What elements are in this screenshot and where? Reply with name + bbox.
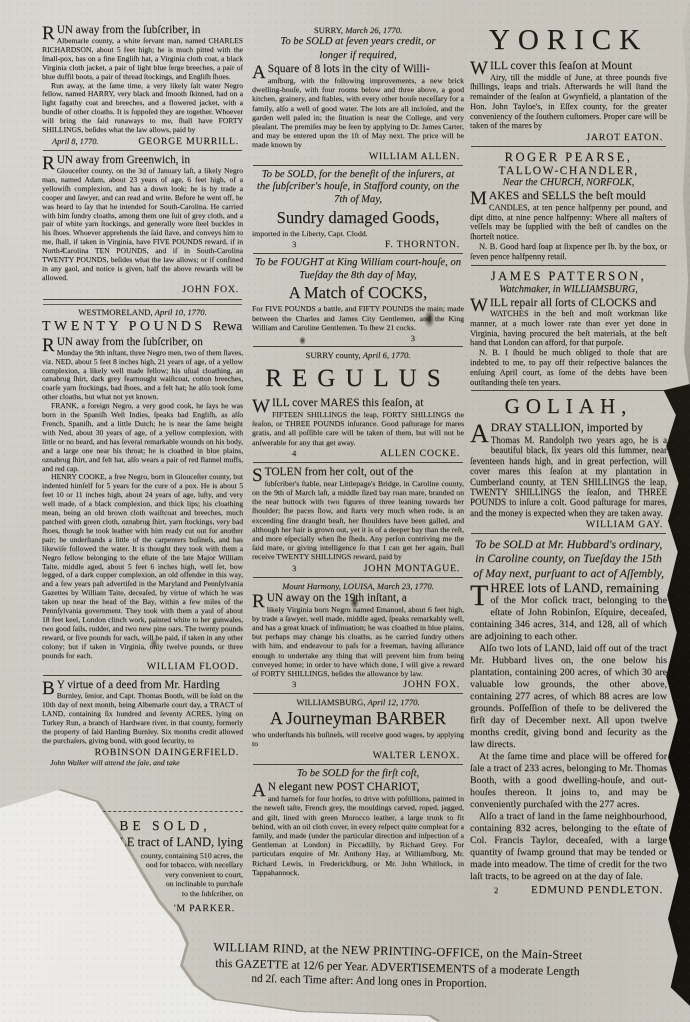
ad-lead: Square of 8 lots in the city of Willi- [268,63,430,75]
ad-paragraph: Burnley, ſenior, and Capt. Thomas Booth,… [42,692,243,745]
ad-headline: longer if required, [255,50,461,63]
ad-paragraph: of the Mor coſick tract, belonging to th… [470,595,667,643]
ad-opening-line: WILL cover MARES this ſeaſon, at [252,397,464,410]
ad-headline-large: Sundry damaged Goods, [252,208,464,228]
drop-cap: A [252,781,268,801]
ad-runaway-adam: RUN away from Greenwich, in Glouceſter c… [42,154,243,295]
drop-cap: W [470,59,490,79]
ad-stallion-regulus: SURRY county, April 6, 1770. REGULUS WIL… [252,350,464,459]
ad-signature: JOHN MONTAGUE. [364,563,460,574]
ad-stallion-yorick: YORICK WILL cover this ſeaſon at Mount A… [470,24,667,143]
ad-divider-rule [253,346,463,347]
ad-paragraph: who underſtands his buſineſs, will recei… [252,730,464,748]
ad-signature: JOHN FOX. [403,679,460,690]
ad-paragraph: FIFTEEN SHILLINGS the leap, FORTY SHILLI… [252,410,464,447]
ad-signature-row: WILLIAM FLOOD. [52,661,239,672]
ad-paragraph: Thomas M. Randolph two years ago, he is … [470,435,667,518]
ad-runaway-emanuel: Mount Harmony, LOUISA, March 23, 1770. R… [252,581,464,691]
ad-nota-bene: N. B. Good hard ſoap at ſixpence per lb.… [470,242,667,262]
ad-lead: UN away from the ſubſcriber, in [57,24,201,36]
ad-headline-large: REGULUS [252,365,464,393]
ad-signature-row: ROBINSON DAINGERFIELD. [52,747,239,758]
ink-blotch [60,246,66,254]
drop-cap: R [42,154,57,174]
ad-divider-rule [43,299,242,305]
ink-blotch [299,336,306,345]
ad-paragraph: HENRY COOKE, a free Negro, born in Glouc… [42,473,243,660]
ad-opening-line: RUN away from the ſubſcriber, on [42,336,243,349]
ad-paragraph: and harneſs for four horſes, to drive wi… [252,794,464,877]
ad-date: April 8, 1770. [52,137,99,146]
ad-note: John Walker will attend the ſale, and ta… [42,758,243,767]
drop-cap: W [252,397,272,417]
ad-signature: GEORGE MURRILL. [138,136,239,147]
dateline-place: WESTMORELAND, [78,307,152,317]
ad-lead: ILL cover this ſeaſon at Mount [490,59,632,72]
ad-paragraph: amſburg, with the following improvements… [252,76,464,150]
dateline-date: April 10, 1770. [155,307,207,317]
drop-cap: R [252,592,267,612]
ad-opening-line: AN elegant new POST CHARIOT, [252,781,464,794]
ad-tallow-chandler-pearse: ROGER PEARSE, TALLOW-CHANDLER, Near the … [470,150,667,261]
ad-divider-rule [471,146,666,147]
ad-lead: AKES and SELLS the beſt mould [489,189,646,202]
ad-run-count: 3 [292,239,296,249]
ad-damaged-goods-thornton: To be SOLD, for the benefit of the inſur… [252,169,464,251]
ad-signature: F. THORNTON. [385,239,460,250]
ad-stallion-goliah: GOLIAH, ADRAY STALLION, imported by Thom… [470,394,667,530]
ad-run-count: 4 [292,448,296,458]
ad-headline: TWENTY POUNDS Reward. [42,318,243,335]
dateline-place: WILLIAMSBURG, [296,697,365,707]
ad-dateline: SURRY, March 26, 1770. [252,25,464,35]
ad-signature-row: 3 [262,333,460,343]
ad-dateline: WILLIAMSBURG, April 12, 1770. [252,697,464,707]
right-edge-shading [680,0,690,390]
ad-land-sale-daingerfield: BY virtue of a deed from Mr. Harding Bur… [42,679,243,766]
ad-dateline: WESTMORELAND, April 10, 1770. [42,307,243,317]
ad-signature-row: 3 JOHN FOX. [262,679,460,690]
ad-paragraph: WATCHES in the beſt and moſt workman lik… [470,309,667,348]
ad-divider-rule [253,577,463,578]
ad-lead: UN away from Greenwich, in [57,154,190,166]
ad-headline-large: YORICK [470,24,667,57]
ad-lead: UN away from the ſubſcriber, on [57,336,203,348]
column-left-flow: RUN away from the ſubſcriber, in Albemar… [42,24,243,808]
ad-signature-row: JOHN FOX. [52,284,239,295]
ad-signature: WILLIAM ALLEN. [369,151,460,162]
dateline-date: April 12, 1770. [368,697,420,707]
ad-run-count: 2 [494,885,498,895]
drop-cap: T [470,581,490,611]
ad-divider-rule [43,150,242,151]
drop-cap: M [470,189,489,209]
ad-signature: WILLIAM FLOOD. [147,661,239,672]
drop-cap: A [470,421,491,447]
ad-signature: WALTER LENOX. [373,750,460,761]
ad-divider-rule [471,390,666,391]
ad-lead: ILL cover MARES this ſeaſon, at [272,397,423,409]
ad-headline: To be SOLD for the firſt coſt, [255,768,461,781]
ad-divider-rule [253,165,463,166]
ad-signature: EDMUND PENDLETON. [531,884,663,896]
column-right: YORICK WILL cover this ſeaſon at Mount A… [470,24,667,999]
ad-opening-line: WILL cover this ſeaſon at Mount [470,59,667,73]
ad-headline-large: A Match of COCKS, [252,283,464,303]
ad-signature: JAROT EATON. [586,132,663,143]
dateline-place: SURRY, [314,25,343,35]
ad-headline-large: GOLIAH, [470,394,667,419]
ad-journeyman-barber: WILLIAMSBURG, April 12, 1770. A Journeym… [252,697,464,760]
ink-blotch [350,596,359,609]
ad-divider-rule [471,533,666,534]
ad-lead: UN away on the 19th inſtant, a [267,592,407,604]
ad-opening-line: ASquare of 8 lots in the city of Willi- [252,63,464,76]
ad-divider-rule [253,764,463,765]
ad-signature-row: WALTER LENOX. [262,750,460,761]
ad-nota-bene: N. B. I ſhould be much obliged to thoſe … [470,348,667,387]
ad-cockfight: To be FOUGHT at King William court-houſe… [252,257,464,343]
ad-land-sale-pendleton: To be SOLD at Mr. Hubbard's ordinary, in… [470,537,667,895]
ad-headline: To be SOLD, for the benefit of the inſur… [255,169,461,207]
ad-headline: ROGER PEARSE, [470,150,667,165]
ad-post-chariot: To be SOLD for the firſt coſt, AN elegan… [252,768,464,877]
ad-divider-rule [471,265,666,266]
ad-paragraph: Glouceſter county, on the 3d of January … [42,167,243,283]
ad-subheadline: Watchmaker, in WILLIAMSBURG, [470,284,667,295]
ad-signature-row: 2 EDMUND PENDLETON. [480,884,663,896]
ad-paragraph: At the ſame time and place will be offer… [470,751,667,811]
ink-blotch [150,638,158,649]
ad-headline: To be SOLD at ſeven years credit, or [255,36,461,49]
ad-paragraph: Albemarle county, a white ſervant man, n… [42,37,243,82]
ad-divider-rule [253,462,463,463]
ad-signature-row: 3 JOHN MONTAGUE. [262,563,460,574]
ad-divider-rule [253,253,463,254]
ad-lead: DRAY STALLION, imported by [491,421,643,434]
ad-lead: ILL repair all ſorts of CLOCKS and [490,296,656,309]
ad-paragraph: CANDLES, at ten pence halfpenny per poun… [470,203,667,242]
ad-williamsburg-lots-allen: SURRY, March 26, 1770. To be SOLD at ſev… [252,25,464,162]
ad-opening-line: STOLEN from her colt, out of the [252,466,464,479]
ad-run-count: 3 [411,333,415,343]
ink-blotch [424,310,435,328]
ad-paragraph: Airy, till the middle of June, at three … [470,73,667,132]
ad-signature-row: WILLIAM GAY. [480,519,663,530]
drop-cap: A [252,63,268,83]
ad-subheadline: Near the CHURCH, NORFOLK, [470,177,667,188]
ad-paragraph: likely Virginia born Negro named Emanuel… [252,605,464,679]
ad-headline: To be FOUGHT at King William court-houſe… [255,257,461,282]
ad-twenty-pounds-reward: WESTMORELAND, April 10, 1770. TWENTY POU… [42,307,243,673]
headline-rest: Reward. [213,318,243,333]
drop-cap: B [42,679,57,699]
headline-caps: TWENTY POUNDS [42,319,206,334]
ad-headline-large: A Journeyman BARBER [252,708,464,729]
ad-run-count: 3 [292,563,296,573]
ad-signature-row: 3 F. THORNTON. [262,239,460,250]
ad-stolen-mare-montague: STOLEN from her colt, out of the ſubſcri… [252,466,464,574]
dateline-date: April 6, 1770. [363,350,411,360]
ad-signature-row: April 8, 1770. GEORGE MURRILL. [52,136,239,147]
ad-paragraph: Alſo a tract of land in the ſame neighbo… [470,811,667,883]
dateline-date: March 23, 1770. [377,581,434,591]
ad-headline: JAMES PATTERSON, [470,269,667,284]
ad-note: imported in the Liberty, Capt. Clodd. [252,229,464,238]
drop-cap: R [42,24,57,44]
drop-cap: S [252,466,265,486]
ad-subheadline: TALLOW-CHANDLER, [470,165,667,177]
drop-cap: R [42,336,57,356]
drop-cap: W [470,296,490,316]
dateline-place: SURRY county, [306,350,361,360]
ad-signature: ROBINSON DAINGERFIELD. [95,747,239,758]
torn-divider [98,811,243,812]
column-middle: SURRY, March 26, 1770. To be SOLD at ſev… [252,24,464,999]
ad-run-count: 3 [292,679,296,689]
ad-divider-rule [253,693,463,694]
ad-lead: Y virtue of a deed from Mr. Harding [57,679,220,691]
ad-dateline: Mount Harmony, LOUISA, March 23, 1770. [252,581,464,591]
ad-watchmaker-patterson: JAMES PATTERSON, Watchmaker, in WILLIAMS… [470,269,667,388]
ad-signature: ALLEN COCKE. [380,448,460,459]
ad-divider-rule [43,675,242,676]
ad-signature-row: JAROT EATON. [480,132,663,143]
ad-signature-row: WILLIAM ALLEN. [262,151,460,162]
ad-paragraph: FRANK, a foreign Negro, a very good cook… [42,402,243,473]
ad-paragraph: Alſo two lots of LAND, laid off out of t… [470,643,667,751]
ad-headline: To be SOLD at Mr. Hubbard's ordinary, in… [470,537,667,579]
ad-lead: TOLEN from her colt, out of the [265,466,414,478]
ad-signature: WILLIAM GAY. [586,519,663,530]
newspaper-page: { "colors": {"paper": "#cfccc5", "ink": … [0,0,690,1022]
ad-lead: HREE lots of LAND, remaining [490,580,659,595]
ad-opening-line: WILL repair all ſorts of CLOCKS and [470,296,667,310]
dateline-place: Mount Harmony, LOUISA, [282,581,375,591]
ad-dateline: SURRY county, April 6, 1770. [252,350,464,360]
ad-opening-line: THREE lots of LAND, remaining [470,581,667,595]
ad-paragraph: Monday the 9th inſtant, three Negro men,… [42,349,243,402]
ad-opening-line: MAKES and SELLS the beſt mould [470,189,667,203]
ad-paragraph: ſubſcriber's ſtable, near Littlepage's B… [252,479,464,562]
dateline-date: March 26, 1770. [345,25,402,35]
ad-signature: JOHN FOX. [182,284,239,295]
ad-lead: N elegant new POST CHARIOT, [268,781,420,793]
ad-runaway-richardson: RUN away from the ſubſcriber, in Albemar… [42,24,243,147]
ad-paragraph: Run away, at the ſame time, a very likel… [42,82,243,135]
ad-opening-line: ADRAY STALLION, imported by [470,421,667,435]
ad-signature-row: 4 ALLEN COCKE. [262,448,460,459]
